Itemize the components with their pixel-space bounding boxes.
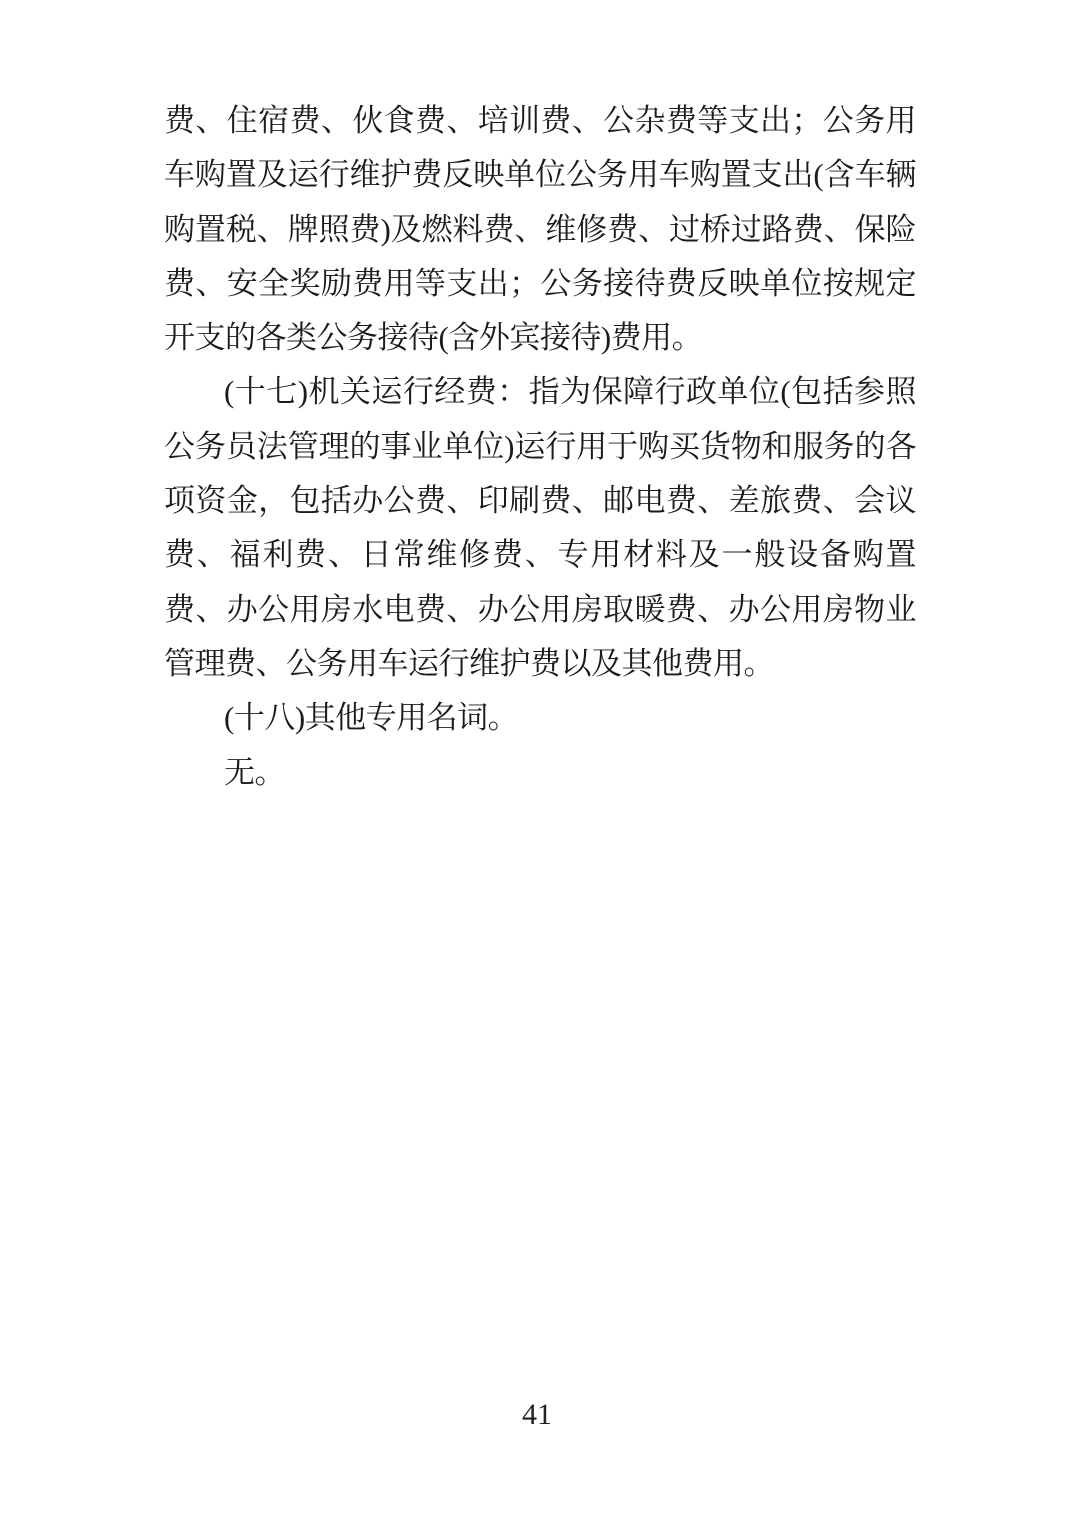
page-number: 41 — [522, 1398, 552, 1432]
document-body: 费、住宿费、伙食费、培训费、公杂费等支出；公务用车购置及运行维护费反映单位公务用… — [164, 94, 916, 800]
page-footer: 41 — [0, 1398, 1074, 1432]
paragraph-item-17-operating-funds: (十七)机关运行经费：指为保障行政单位(包括参照公务员法管理的事业单位)运行用于… — [164, 365, 916, 691]
document-page: 费、住宿费、伙食费、培训费、公杂费等支出；公务用车购置及运行维护费反映单位公务用… — [0, 0, 1074, 1520]
paragraph-none: 无。 — [164, 746, 916, 800]
paragraph-expense-continuation: 费、住宿费、伙食费、培训费、公杂费等支出；公务用车购置及运行维护费反映单位公务用… — [164, 94, 916, 365]
paragraph-item-18-other-terms: (十八)其他专用名词。 — [164, 691, 916, 745]
